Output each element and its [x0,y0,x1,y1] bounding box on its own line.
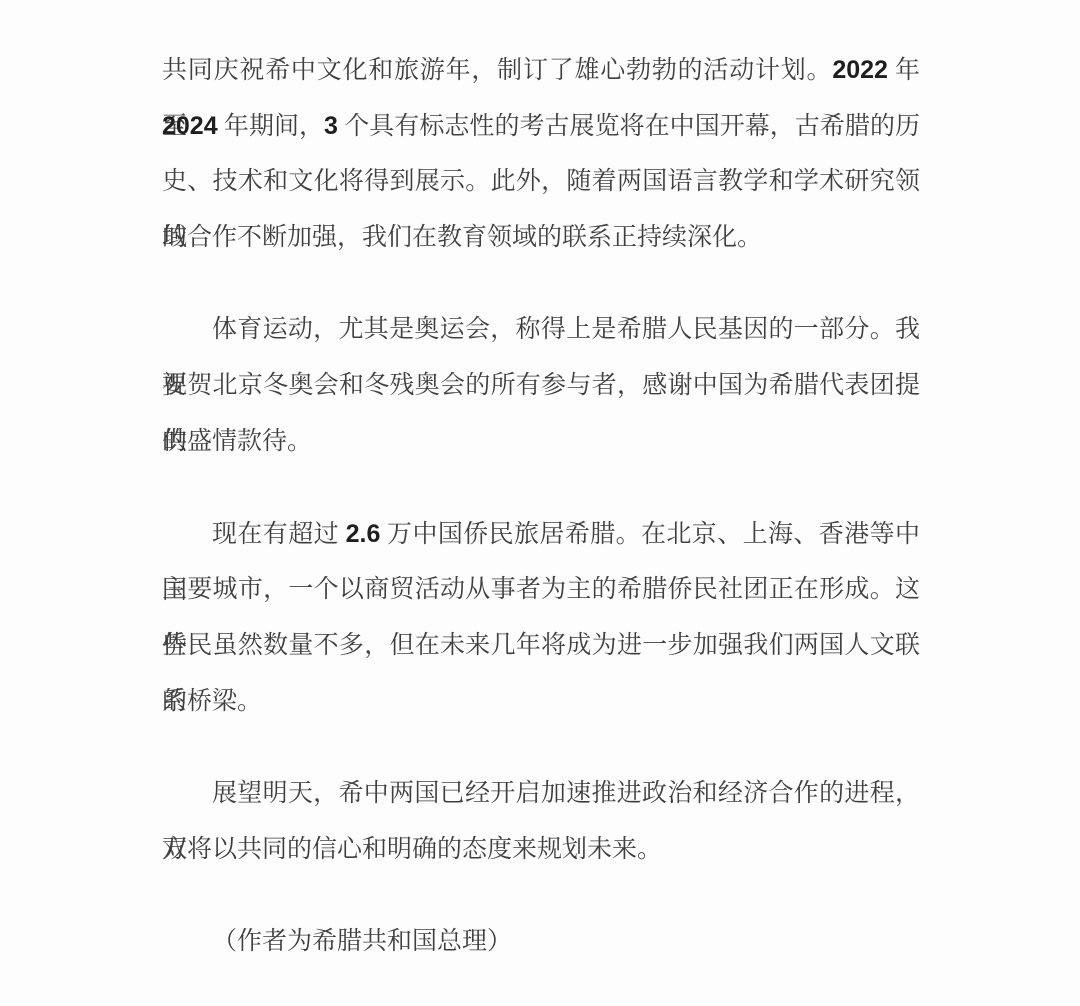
text-segment: 年期间， [218,113,324,140]
text-line: 的合作不断加强，我们在教育领域的联系正持续深化。 [162,210,920,266]
text-line: 体育运动，尤其是奥运会，称得上是希腊人民基因的一部分。我要 [162,302,920,358]
text-line: 侨民虽然数量不多，但在未来几年将成为进一步加强我们两国人文联系 [162,618,920,674]
text-segment: 的合作不断加强，我们在教育领域的联系正持续深化。 [162,224,762,251]
paragraph-5: （作者为希腊共和国总理） [162,914,920,970]
text-column: 共同庆祝希中文化和旅游年，制订了雄心勃勃的活动计划。2022 年至 2024 年… [162,0,920,970]
text-line: 现在有超过 2.6 万中国侨民旅居希腊。在北京、上海、香港等中国 [162,506,920,562]
count-value: 3 [324,112,338,140]
text-segment: 个具有标志性的考古展览将在中国开幕，古希腊的历 [338,113,920,140]
text-line: 祝贺北京冬奥会和冬残奥会的所有参与者，感谢中国为希腊代表团提供 [162,358,920,414]
author-attribution-line: （作者为希腊共和国总理） [162,914,920,970]
text-segment: 方将以共同的信心和明确的态度来规划未来。 [162,836,662,863]
text-segment: 的桥梁。 [162,688,262,715]
year-value: 2024 [162,112,218,140]
document-page: 共同庆祝希中文化和旅游年，制订了雄心勃勃的活动计划。2022 年至 2024 年… [0,0,1080,1006]
text-line: 的桥梁。 [162,674,920,730]
text-line: 共同庆祝希中文化和旅游年，制订了雄心勃勃的活动计划。2022 年至 [162,42,920,98]
paragraph-2: 体育运动，尤其是奥运会，称得上是希腊人民基因的一部分。我要 祝贺北京冬奥会和冬残… [162,302,920,470]
text-segment: 的盛情款待。 [162,428,312,455]
text-segment: （作者为希腊共和国总理） [212,928,512,955]
text-line: 2024 年期间，3 个具有标志性的考古展览将在中国开幕，古希腊的历 [162,98,920,154]
text-line: 主要城市，一个以商贸活动从事者为主的希腊侨民社团正在形成。这些 [162,562,920,618]
text-line: 史、技术和文化将得到展示。此外，随着两国语言教学和学术研究领域 [162,154,920,210]
year-value: 2022 [832,56,888,84]
text-segment: 现在有超过 [212,521,346,548]
text-line: 方将以共同的信心和明确的态度来规划未来。 [162,822,920,878]
text-segment: 共同庆祝希中文化和旅游年，制订了雄心勃勃的活动计划。 [162,57,832,84]
paragraph-1: 共同庆祝希中文化和旅游年，制订了雄心勃勃的活动计划。2022 年至 2024 年… [162,42,920,266]
population-value: 2.6 [346,520,381,548]
paragraph-3: 现在有超过 2.6 万中国侨民旅居希腊。在北京、上海、香港等中国 主要城市，一个… [162,506,920,730]
text-line: 展望明天，希中两国已经开启加速推进政治和经济合作的进程，双 [162,766,920,822]
text-line: 的盛情款待。 [162,414,920,470]
paragraph-4: 展望明天，希中两国已经开启加速推进政治和经济合作的进程，双 方将以共同的信心和明… [162,766,920,878]
